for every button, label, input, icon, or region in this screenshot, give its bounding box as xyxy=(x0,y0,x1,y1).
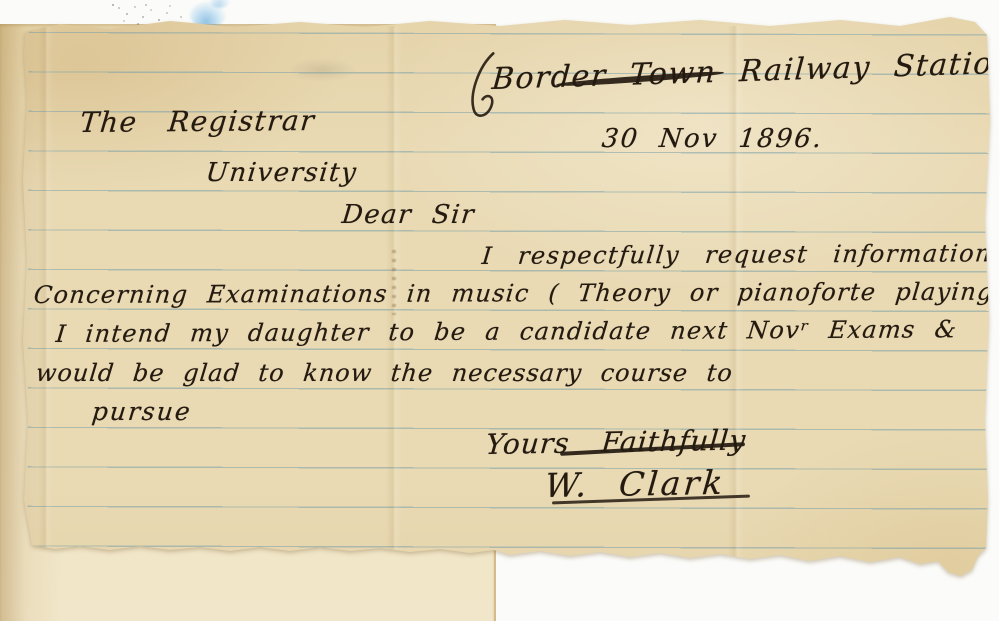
body-line-3: I intend my daughter to be a candidate n… xyxy=(55,315,959,348)
recipient-institution: University xyxy=(204,158,358,188)
salutation: Dear Sir xyxy=(340,200,476,230)
letter-page: Border Town Railway Station 30 Nov 1896.… xyxy=(0,0,999,621)
body-line-5: pursue xyxy=(90,397,193,426)
closing-line: Yours Faithfully xyxy=(485,423,748,461)
body-line-4: would be glad to know the necessary cour… xyxy=(35,359,735,387)
recipient-name: The Registrar xyxy=(78,104,316,139)
body-line-2: Concerning Examinations in music ( Theor… xyxy=(33,278,999,309)
date-line: 30 Nov 1896. xyxy=(600,124,824,154)
scanned-letter: Border Town Railway Station 30 Nov 1896.… xyxy=(0,0,999,621)
body-line-1: I respectfully request information xyxy=(481,239,994,270)
letter-page-wrap: Border Town Railway Station 30 Nov 1896.… xyxy=(0,0,999,621)
